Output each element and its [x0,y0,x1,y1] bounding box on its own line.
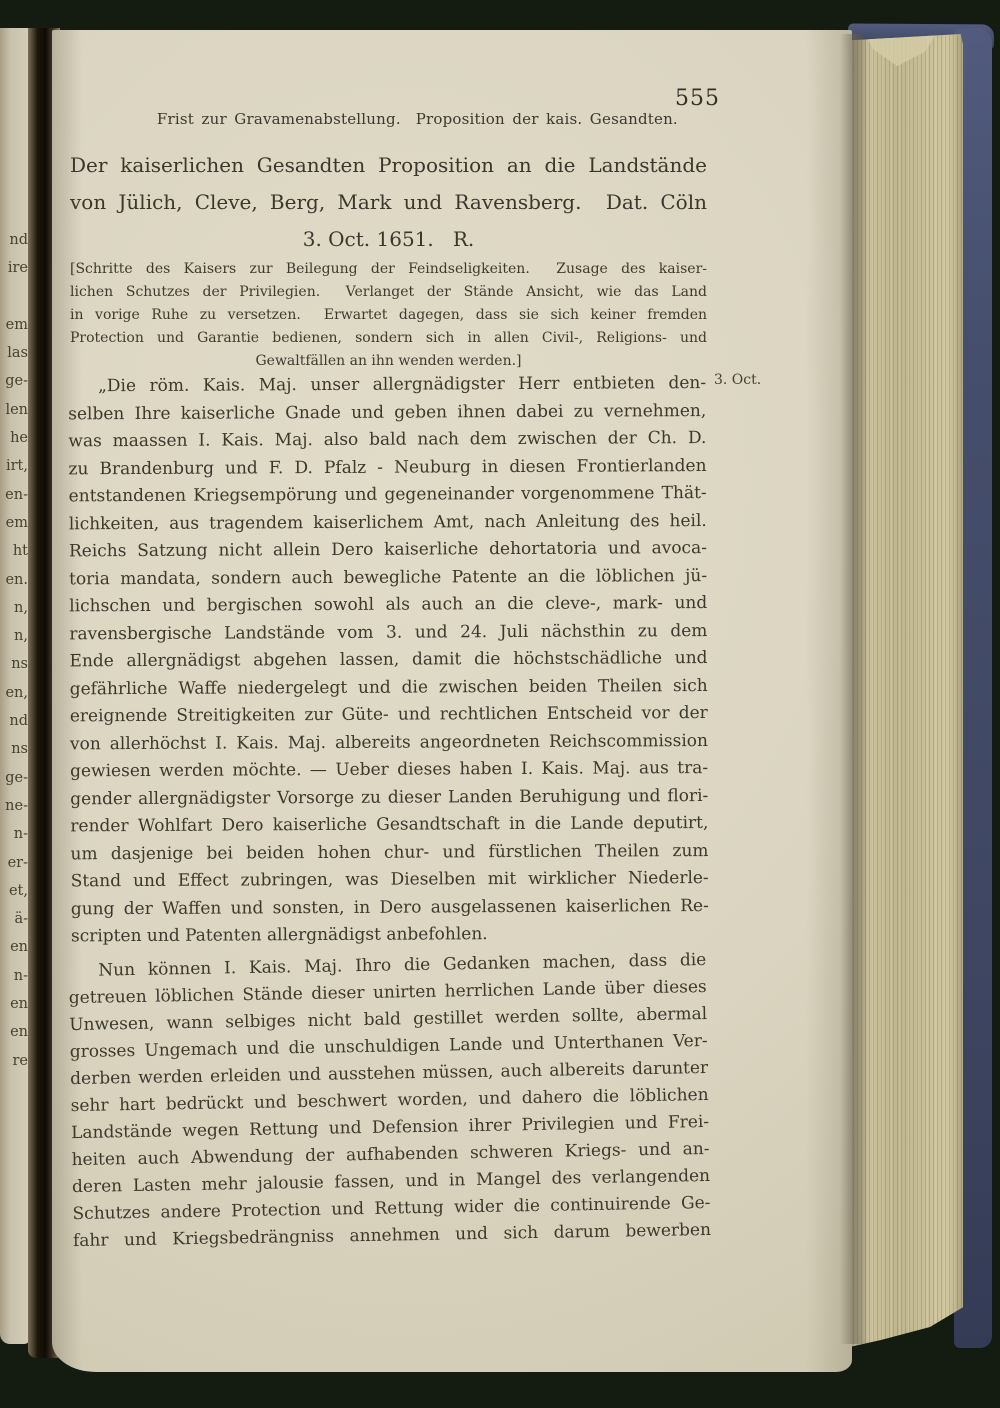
text-line [0,283,30,311]
text-line: et, [0,877,30,905]
text-line: in vorige Ruhe zu versetzen. Erwartet da… [70,304,707,327]
page-number: 555 [675,86,720,111]
text-line: en [0,1018,30,1046]
running-head-title: Frist zur Gravamenabstellung. Propositio… [157,110,678,128]
facing-page-text-fragments: ndireemlasge-lenheirt,en-emhten.n,n,nsen… [0,28,30,1075]
running-head: Frist zur Gravamenabstellung. Propositio… [70,92,720,118]
text-line: en, [0,679,30,707]
text-line: zu Brandenburg und F. D. Pfalz - Neuburg… [68,452,706,483]
text-line: [Schritte des Kaisers zur Beilegung der … [70,258,707,281]
body-paragraph-2: Nun können I. Kais. Maj. Ihro die Gedank… [68,947,711,1255]
text-line: n, [0,622,30,650]
text-line: las [0,339,30,367]
page-curve-shadow [840,34,866,1344]
text-line: n- [0,820,30,848]
text-line: n, [0,594,30,622]
book-photo: ndireemlasge-lenheirt,en-emhten.n,n,nsen… [0,0,1000,1408]
text-line: ge- [0,367,30,395]
text-line: von Jülich, Cleve, Berg, Mark und Ravens… [70,184,707,221]
text-line: ire [0,254,30,282]
facing-page-strip: ndireemlasge-lenheirt,en-emhten.n,n,nsen… [0,28,30,1344]
text-line: was maassen I. Kais. Maj. also bald nach… [68,425,706,456]
text-line: en- [0,481,30,509]
text-line: gung der Waffen und sonsten, in Dero aus… [71,892,709,923]
text-line: nd [0,226,30,254]
text-line: len [0,396,30,424]
text-line: en [0,990,30,1018]
text-line: von allerhöchst I. Kais. Maj. albereits … [70,727,708,758]
text-line: n- [0,962,30,990]
text-line: ne- [0,792,30,820]
text-line: en. [0,566,30,594]
text-line: re [0,1047,30,1075]
text-line: em [0,509,30,537]
text-line: um dasjenige bei beiden hohen chur- und … [70,837,708,868]
text-line: Reichs Satzung nicht allein Dero kaiserl… [69,535,707,566]
text-line: en [0,933,30,961]
text-line: lichen Schutzes der Privilegien. Verlang… [70,281,707,304]
text-line: ä- [0,905,30,933]
text-line: ereignende Streitigkeiten zur Güte- und … [70,700,708,731]
text-line: 3. Oct. 1651. R. [70,221,707,258]
text-line: scripten und Patenten allergnädigst anbe… [71,920,709,951]
text-line: Protection und Garantie bedienen, sonder… [70,327,707,350]
text-line: Stand und Effect zubringen, was Dieselbe… [71,865,709,896]
text-line: gewiesen werden möchte. — Ueber dieses h… [70,755,708,786]
text-line: entstandenen Kriegsempörung und gegenein… [69,480,707,511]
text-line: Der kaiserlichen Gesandten Proposition a… [70,147,707,184]
text-line: gefährliche Waffe niedergelegt und die z… [70,672,708,703]
text-line: „Die röm. Kais. Maj. unser allergnädigst… [68,370,706,401]
text-line: ravensbergische Landstände vom 3. und 24… [69,617,707,648]
text-line: ge- [0,764,30,792]
text-line: selben Ihre kaiserliche Gnade und geben … [68,397,706,428]
editorial-summary: [Schritte des Kaisers zur Beilegung der … [70,258,707,373]
text-line: ns [0,650,30,678]
text-line: irt, [0,452,30,480]
text-line: nd [0,707,30,735]
text-line: gender allergnädigster Vorsorge zu diese… [70,782,708,813]
text-line: lichschen und bergischen sowohl als auch… [69,590,707,621]
body-paragraph-1: „Die röm. Kais. Maj. unser allergnädigst… [68,370,709,951]
text-line: lichkeiten, aus tragendem kaiserlichem A… [69,507,707,538]
date-margin-note: 3. Oct. [714,372,804,388]
document-title: Der kaiserlichen Gesandten Proposition a… [70,147,707,258]
text-line: em [0,311,30,339]
text-line: render Wohlfart Dero kaiserliche Gesandt… [70,810,708,841]
text-line: ht [0,537,30,565]
text-line: ns [0,735,30,763]
book-page: Frist zur Gravamenabstellung. Propositio… [52,30,852,1372]
text-line: er- [0,849,30,877]
text-line: toria mandata, sondern auch bewegliche P… [69,562,707,593]
text-line: he [0,424,30,452]
text-line: Ende allergnädigst abgehen lassen, damit… [69,645,707,676]
